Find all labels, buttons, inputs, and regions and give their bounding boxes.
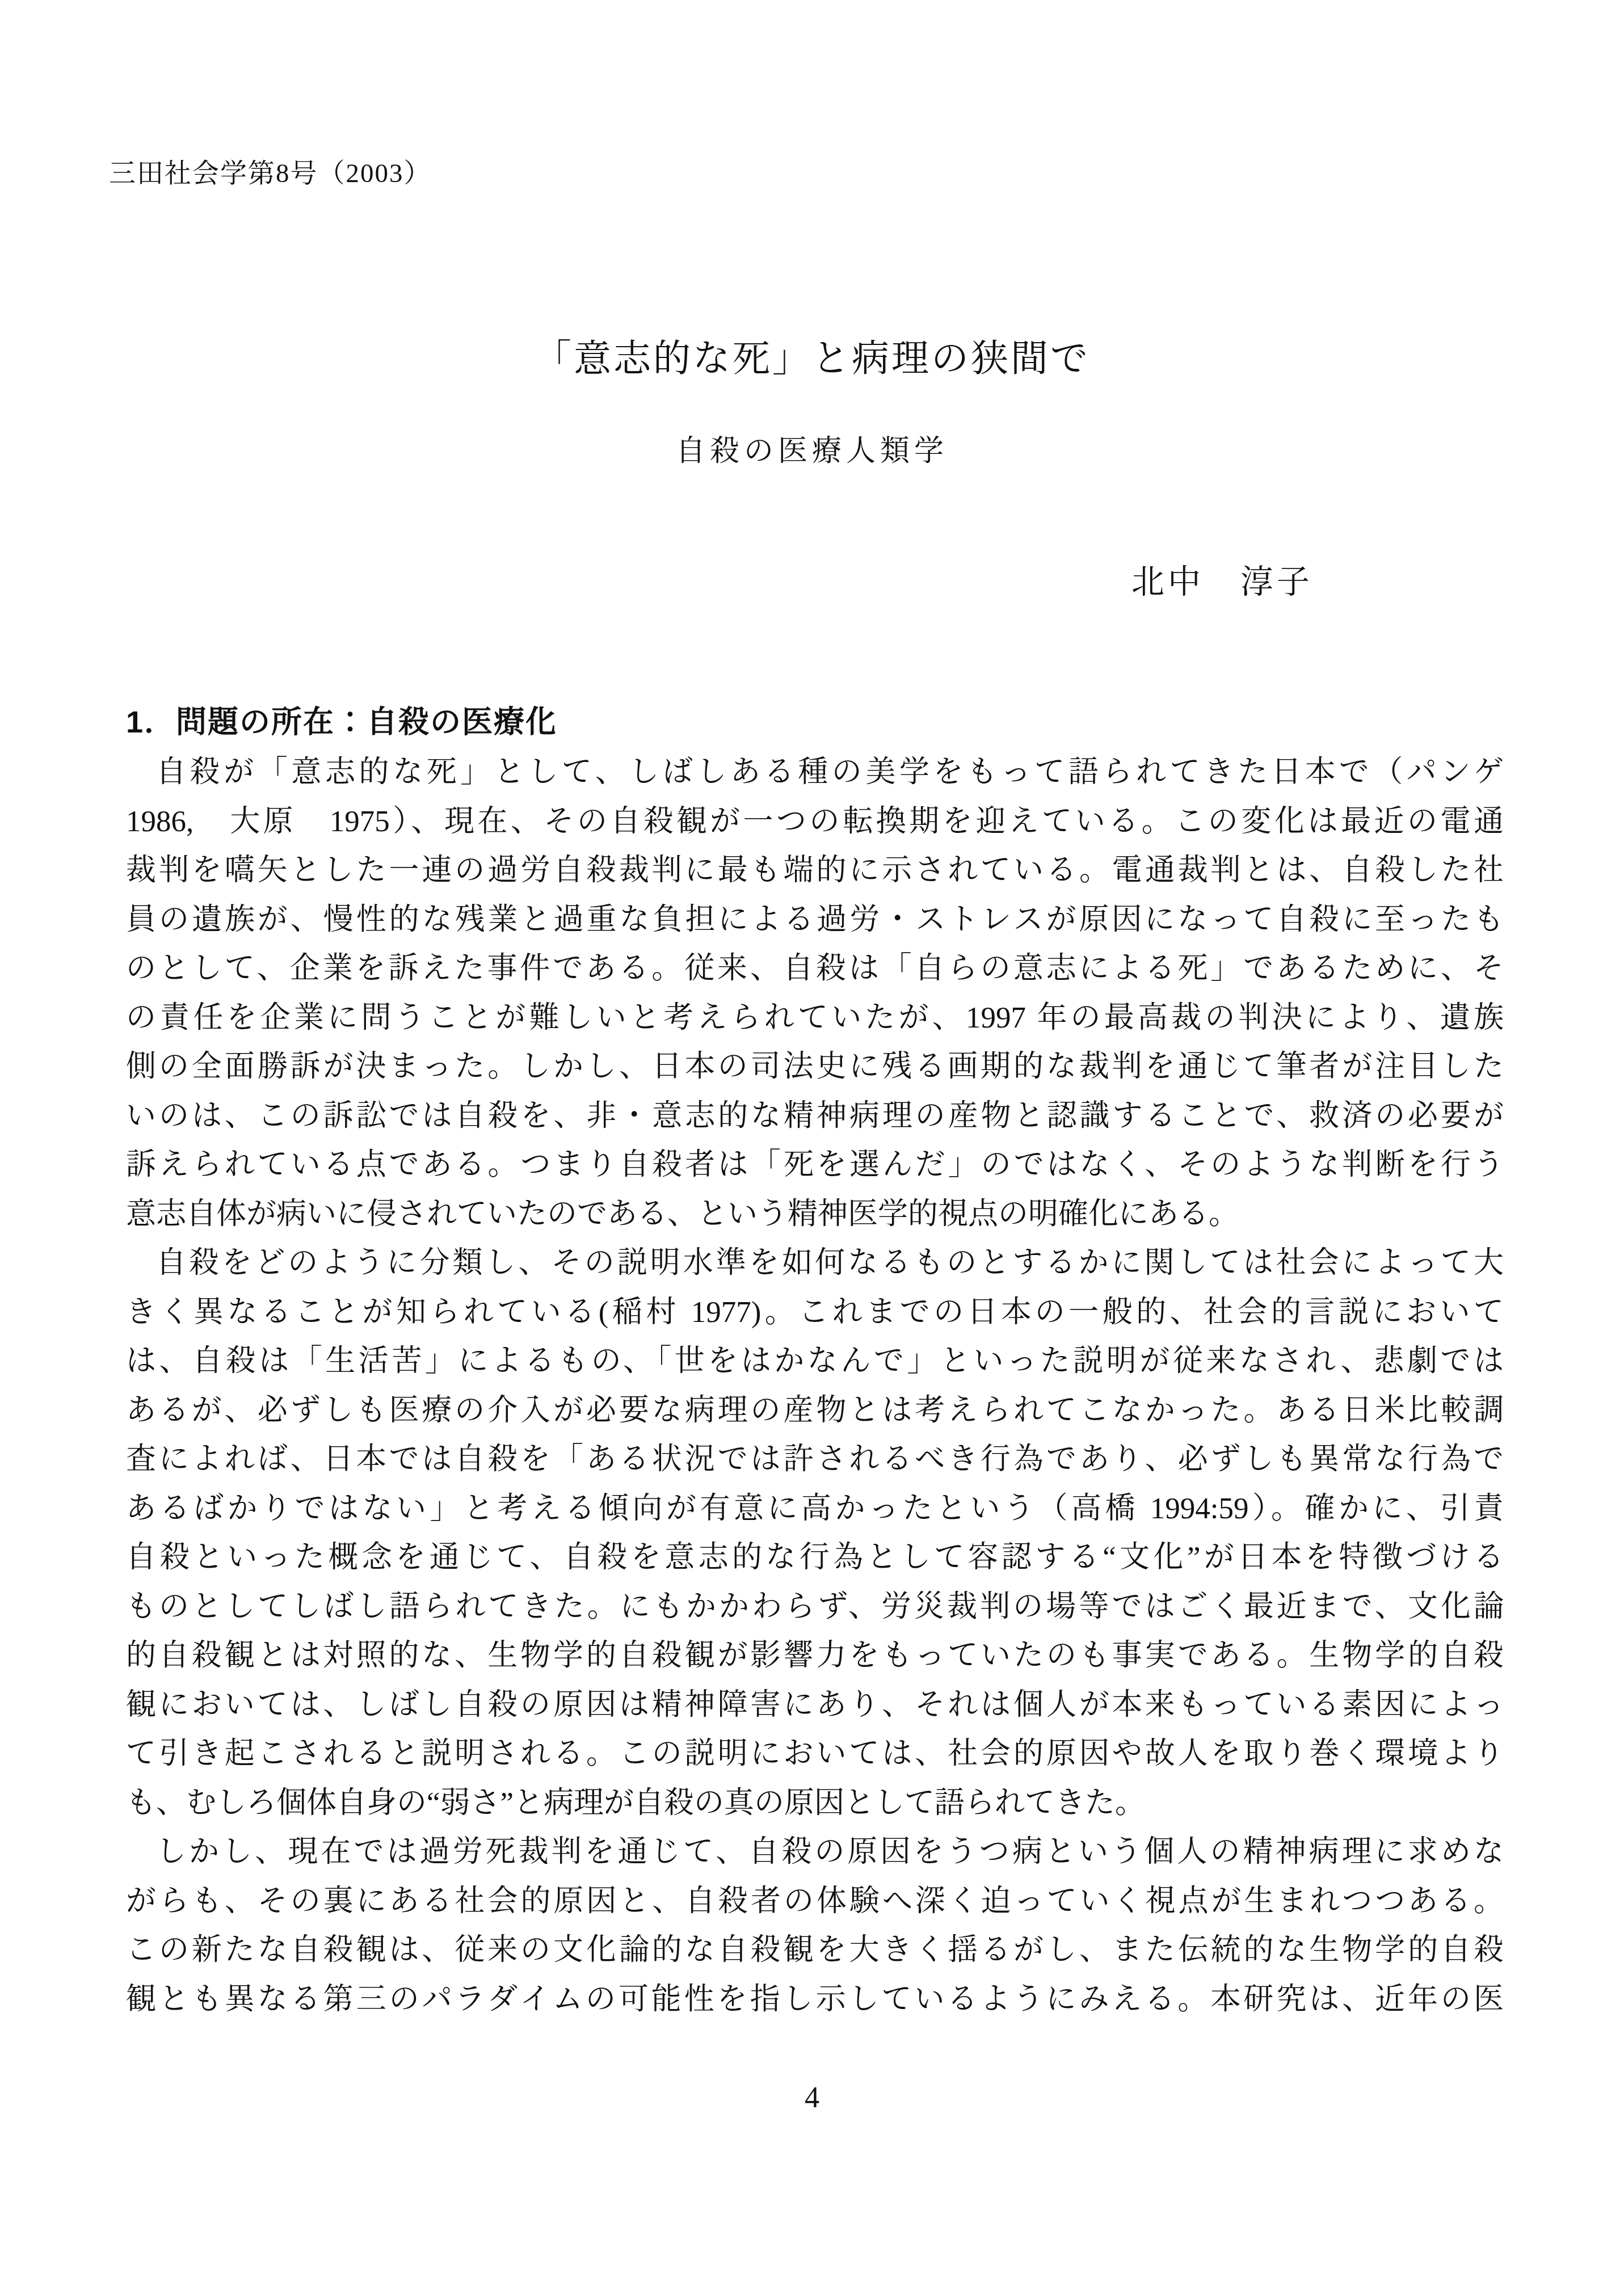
- text-line: あるが、必ずしも医療の介入が必要な病理の産物とは考えられてこなかった。ある日米比…: [126, 1386, 1504, 1435]
- page-number: 4: [0, 2081, 1624, 2115]
- text-line: ものとしてしばし語られてきた。にもかかわらず、労災裁判の場等ではごく最近まで、文…: [126, 1582, 1504, 1632]
- text-line: 側の全面勝訴が決まった。しかし、日本の司法史に残る画期的な裁判を通じて筆者が注目…: [126, 1042, 1504, 1092]
- text-line: 観においては、しばし自殺の原因は精神障害にあり、それは個人が本来もっている素因に…: [126, 1681, 1504, 1730]
- text-line: きく異なることが知られている(稲村 1977)。これまでの日本の一般的、社会的言…: [126, 1288, 1504, 1337]
- text-line: て引き起こされると説明される。この説明においては、社会的原因や故人を取り巻く環境…: [126, 1729, 1504, 1779]
- article-title: 「意志的な死」と病理の狭間で: [0, 328, 1624, 382]
- text-line: 自殺といった概念を通じて、自殺を意志的な行為として容認する“文化”が日本を特徴づ…: [126, 1533, 1504, 1582]
- paragraph: しかし、現在では過労死裁判を通じて、自殺の原因をうつ病という個人の精神病理に求め…: [126, 1827, 1504, 2024]
- text-line: 観とも異なる第三のパラダイムの可能性を指し示しているようにみえる。本研究は、近年…: [126, 1975, 1504, 2024]
- text-line: も、むしろ個体自身の“弱さ”と病理が自殺の真の原因として語られてきた。: [126, 1779, 1504, 1828]
- text-line: 裁判を嚆矢とした一連の過労自殺裁判に最も端的に示されている。電通裁判とは、自殺し…: [126, 846, 1504, 895]
- scanned-paper-page: { "journal": { "header": "三田社会学第8号（2003）…: [0, 0, 1624, 2295]
- text-line: 自殺をどのように分類し、その説明水準を如何なるものとするかに関しては社会によって…: [126, 1239, 1504, 1288]
- text-line: のとして、企業を訴えた事件である。従来、自殺は「自らの意志による死」であるために…: [126, 944, 1504, 993]
- section-heading: 1．問題の所在：自殺の医療化: [126, 698, 557, 742]
- text-line: 自殺が「意志的な死」として、しばしある種の美学をもって語られてきた日本で（パンゲ: [126, 748, 1504, 797]
- paragraph: 自殺をどのように分類し、その説明水準を如何なるものとするかに関しては社会によって…: [126, 1239, 1504, 1827]
- text-line: がらも、その裏にある社会的原因と、自殺者の体験へ深く迫っていく視点が生まれつつあ…: [126, 1877, 1504, 1926]
- article-subtitle: 自殺の医療人類学: [0, 427, 1624, 469]
- text-line: 意志自体が病いに侵されていたのである、という精神医学的視点の明確化にある。: [126, 1190, 1504, 1239]
- text-line: 1986, 大原 1975）、現在、その自殺観が一つの転換期を迎えている。この変…: [126, 797, 1504, 847]
- text-line: いのは、この訴訟では自殺を、非・意志的な精神病理の産物と認識することで、救済の必…: [126, 1092, 1504, 1141]
- text-line: は、自殺は「生活苦」によるもの、「世をはかなんで」といった説明が従来なされ、悲劇…: [126, 1337, 1504, 1386]
- body-paragraphs: 自殺が「意志的な死」として、しばしある種の美学をもって語られてきた日本で（パンゲ…: [126, 748, 1504, 2024]
- text-line: この新たな自殺観は、従来の文化論的な自殺観を大きく揺るがし、また伝統的な生物学的…: [126, 1926, 1504, 1975]
- text-line: 訴えられている点である。つまり自殺者は「死を選んだ」のではなく、そのような判断を…: [126, 1140, 1504, 1190]
- text-line: 的自殺観とは対照的な、生物学的自殺観が影響力をもっていたのも事実である。生物学的…: [126, 1631, 1504, 1681]
- paragraph: 自殺が「意志的な死」として、しばしある種の美学をもって語られてきた日本で（パンゲ…: [126, 748, 1504, 1239]
- text-line: あるばかりではない」と考える傾向が有意に高かったという（高橋 1994:59）。…: [126, 1484, 1504, 1534]
- journal-header: 三田社会学第8号（2003）: [109, 152, 432, 190]
- text-line: の責任を企業に問うことが難しいと考えられていたが、1997 年の最高裁の判決によ…: [126, 993, 1504, 1043]
- author-name: 北中 淳子: [1131, 555, 1313, 603]
- text-line: しかし、現在では過労死裁判を通じて、自殺の原因をうつ病という個人の精神病理に求め…: [126, 1827, 1504, 1877]
- text-line: 員の遺族が、慢性的な残業と過重な負担による過労・ストレスが原因になって自殺に至っ…: [126, 895, 1504, 945]
- text-line: 査によれば、日本では自殺を「ある状況では許されるべき行為であり、必ずしも異常な行…: [126, 1435, 1504, 1484]
